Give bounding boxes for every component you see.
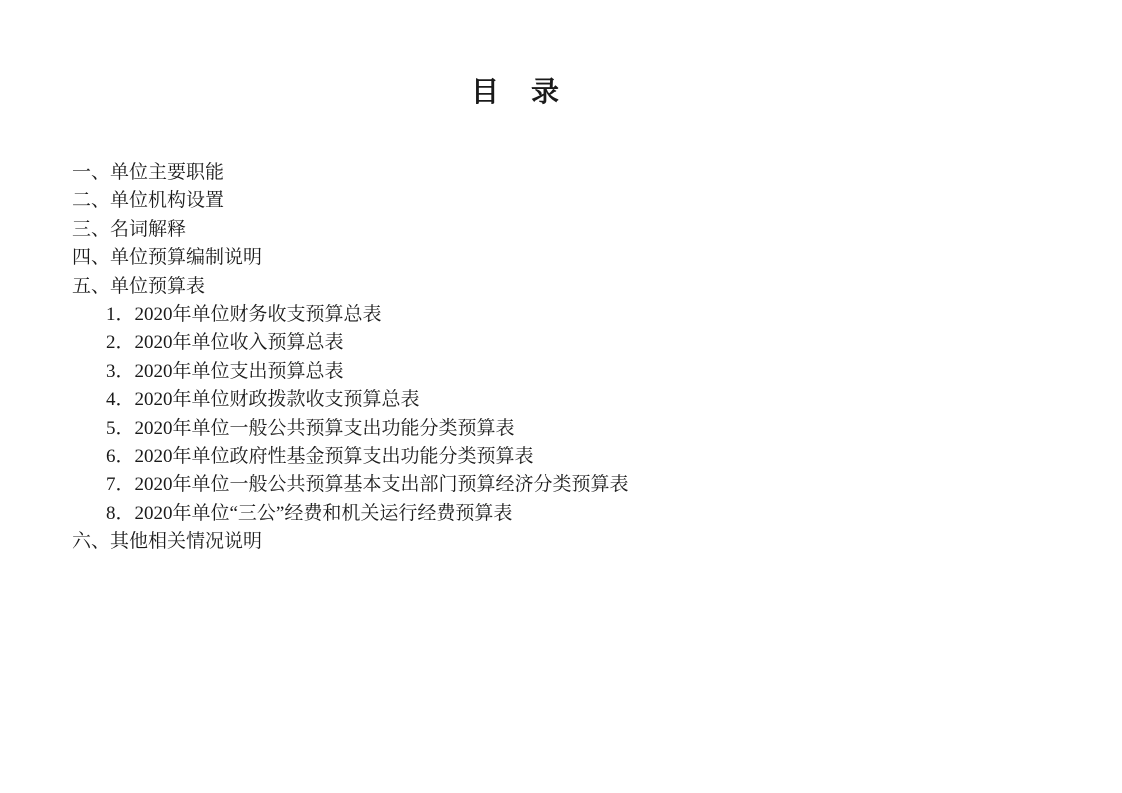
toc-entry-table-3: 3．2020年单位支出预算总表 [0,358,1122,386]
toc-entry-section-1: 一、单位主要职能 [0,159,1122,187]
toc-list: 一、单位主要职能 二、单位机构设置 三、名词解释 四、单位预算编制说明 五、单位… [0,159,1122,557]
toc-entry-table-2: 2．2020年单位收入预算总表 [0,329,1122,357]
toc-entry-section-4: 四、单位预算编制说明 [0,244,1122,272]
toc-entry-section-2: 二、单位机构设置 [0,187,1122,215]
toc-entry-section-5: 五、单位预算表 [0,273,1122,301]
toc-entry-table-7: 7．2020年单位一般公共预算基本支出部门预算经济分类预算表 [0,471,1122,499]
document-page: 目 录 一、单位主要职能 二、单位机构设置 三、名词解释 四、单位预算编制说明 … [0,0,1122,793]
page-title: 目 录 [0,70,1032,110]
toc-entry-section-6: 六、其他相关情况说明 [0,528,1122,556]
toc-entry-table-6: 6．2020年单位政府性基金预算支出功能分类预算表 [0,443,1122,471]
toc-entry-section-3: 三、名词解释 [0,216,1122,244]
toc-entry-table-4: 4．2020年单位财政拨款收支预算总表 [0,386,1122,414]
toc-entry-table-5: 5．2020年单位一般公共预算支出功能分类预算表 [0,415,1122,443]
toc-entry-table-1: 1．2020年单位财务收支预算总表 [0,301,1122,329]
toc-entry-table-8: 8．2020年单位“三公”经费和机关运行经费预算表 [0,500,1122,528]
